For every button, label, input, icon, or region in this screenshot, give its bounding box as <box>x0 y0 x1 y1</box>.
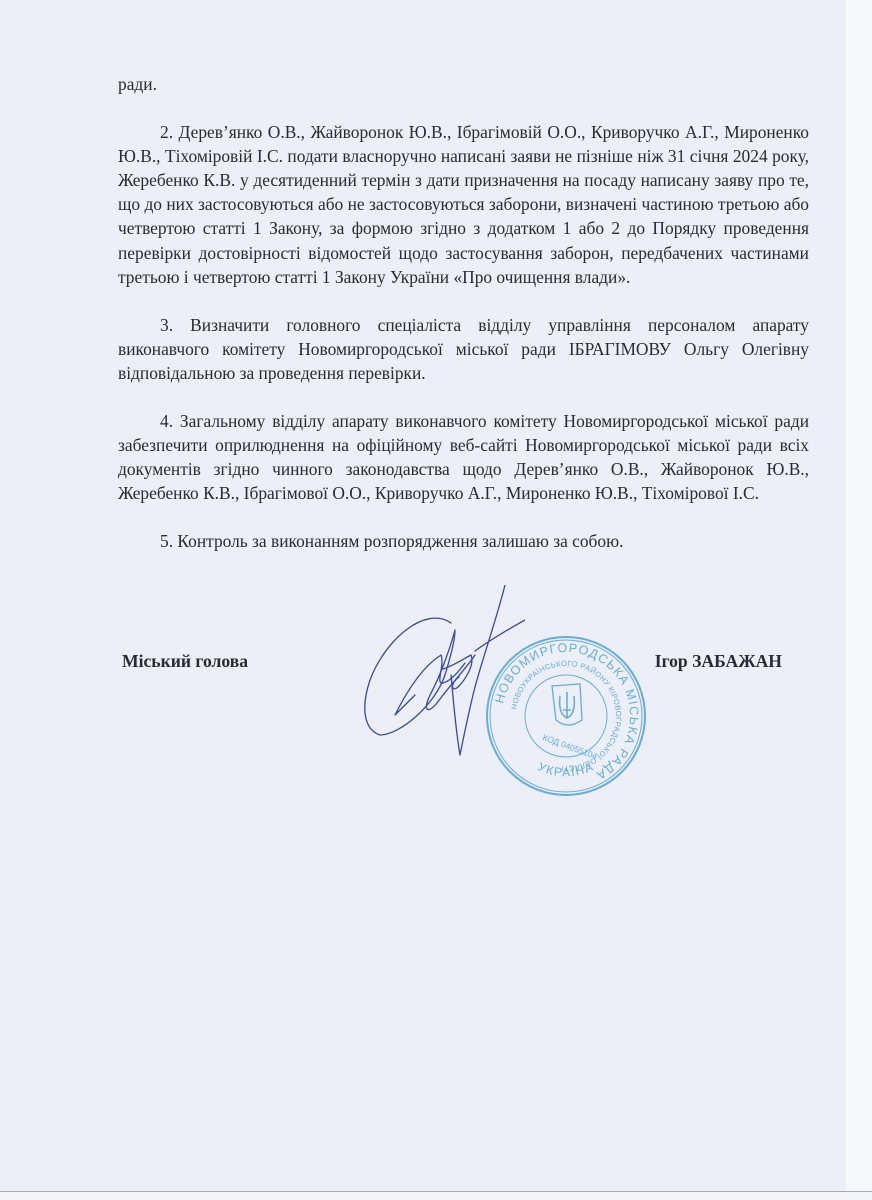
document-body: ради. 2. Дерев’янко О.В., Жайворонок Ю.В… <box>118 72 809 554</box>
signatory-title: Міський голова <box>122 651 248 672</box>
stamp-bottom-text: УКРАЇНА <box>536 759 597 779</box>
trident-emblem-icon <box>552 684 582 725</box>
handwritten-signature-icon <box>355 585 525 760</box>
paragraph-5: 5. Контроль за виконанням розпорядження … <box>118 529 809 553</box>
paragraph-4: 4. Загальному відділу апарату виконавчог… <box>118 409 809 505</box>
paragraph-3: 3. Визначити головного спеціаліста відді… <box>118 313 809 385</box>
scan-bottom-edge <box>0 1191 872 1200</box>
paragraph-continuation: ради. <box>118 72 809 96</box>
scan-margin-strip <box>846 0 872 1192</box>
paragraph-2: 2. Дерев’янко О.В., Жайворонок Ю.В., Ібр… <box>118 120 809 289</box>
signatory-name: Ігор ЗАБАЖАН <box>655 651 782 672</box>
